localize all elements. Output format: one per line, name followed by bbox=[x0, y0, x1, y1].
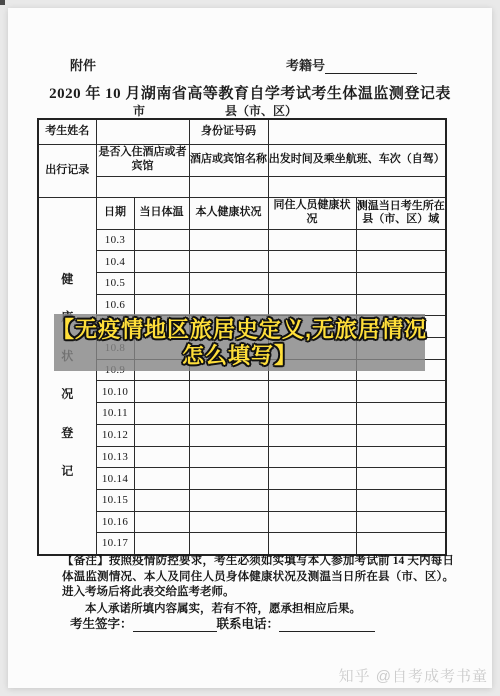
empty-cell bbox=[189, 489, 268, 511]
empty-cell bbox=[134, 229, 189, 251]
empty-cell bbox=[268, 424, 356, 446]
name-label-cell: 考生姓名 bbox=[38, 119, 96, 144]
empty-cell bbox=[189, 533, 268, 555]
id-value-cell bbox=[268, 119, 446, 144]
signature-label: 考生签字： bbox=[70, 614, 133, 632]
health-record-label-cell: 健 康 状 况 登 记 bbox=[38, 197, 96, 555]
exam-number-blank-line bbox=[325, 59, 417, 74]
county-suffix: 县（市、区） bbox=[224, 102, 298, 119]
table-row: 10.3 bbox=[38, 229, 446, 251]
scan-corner-artifact bbox=[0, 0, 5, 5]
date-cell: 10.4 bbox=[96, 251, 134, 273]
empty-cell bbox=[134, 251, 189, 273]
empty-cell bbox=[356, 446, 446, 468]
exam-number-field: 考籍号 bbox=[286, 55, 417, 74]
form-title: 2020 年 10 月湖南省高等教育自学考试考生体温监测登记表 bbox=[8, 82, 492, 103]
empty-cell bbox=[356, 403, 446, 425]
table-row: 出行记录 是否入住酒店或者宾馆 酒店或宾馆名称 出发时间及乘坐航班、车次（自驾） bbox=[38, 144, 446, 176]
departure-header-cell: 出发时间及乘坐航班、车次（自驾） bbox=[268, 144, 446, 176]
date-cell: 10.13 bbox=[96, 446, 134, 468]
date-cell: 10.3 bbox=[96, 229, 134, 251]
empty-cell bbox=[356, 424, 446, 446]
hotel-header-cell: 是否入住酒店或者宾馆 bbox=[96, 144, 189, 176]
empty-cell bbox=[189, 381, 268, 403]
date-header-cell: 日期 bbox=[96, 197, 134, 229]
table-row: 10.16 bbox=[38, 511, 446, 533]
vertical-char: 记 bbox=[61, 462, 73, 479]
empty-cell bbox=[268, 468, 356, 490]
table-row: 10.12 bbox=[38, 424, 446, 446]
empty-cell bbox=[356, 229, 446, 251]
date-cell: 10.11 bbox=[96, 403, 134, 425]
empty-cell bbox=[268, 294, 356, 316]
table-row: 10.6 bbox=[38, 294, 446, 316]
empty-cell bbox=[134, 294, 189, 316]
empty-cell bbox=[189, 273, 268, 295]
cohabitant-health-header-cell: 同住人员健康状况 bbox=[268, 197, 356, 229]
temp-header-cell: 当日体温 bbox=[134, 197, 189, 229]
city-suffix: 市 bbox=[132, 102, 146, 119]
empty-cell bbox=[268, 403, 356, 425]
empty-cell bbox=[134, 403, 189, 425]
table-row: 10.10 bbox=[38, 381, 446, 403]
attachment-label: 附件 bbox=[70, 55, 96, 74]
date-cell: 10.6 bbox=[96, 294, 134, 316]
empty-cell bbox=[356, 533, 446, 555]
county-blank-line bbox=[150, 105, 224, 119]
empty-cell bbox=[189, 511, 268, 533]
date-cell: 10.16 bbox=[96, 511, 134, 533]
table-row: 10.5 bbox=[38, 273, 446, 295]
phone-label: 联系电话： bbox=[217, 614, 280, 632]
table-row: 10.4 bbox=[38, 251, 446, 273]
city-blank-line bbox=[62, 105, 132, 119]
empty-cell bbox=[268, 489, 356, 511]
phone-blank-line bbox=[279, 618, 375, 632]
table-row: 10.11 bbox=[38, 403, 446, 425]
date-cell: 10.14 bbox=[96, 468, 134, 490]
table-row: 考生姓名 身份证号码 bbox=[38, 119, 446, 144]
caption-line-1: 【无疫情地区旅居史定义,无旅居情况 bbox=[52, 317, 427, 343]
id-label-cell: 身份证号码 bbox=[189, 119, 268, 144]
exam-number-label: 考籍号 bbox=[286, 55, 325, 74]
caption-overlay: 【无疫情地区旅居史定义,无旅居情况 怎么填写】 bbox=[54, 314, 425, 371]
empty-cell bbox=[189, 251, 268, 273]
vertical-char: 健 bbox=[61, 270, 73, 287]
date-cell: 10.12 bbox=[96, 424, 134, 446]
empty-cell bbox=[134, 424, 189, 446]
name-value-cell bbox=[96, 119, 189, 144]
empty-cell bbox=[134, 446, 189, 468]
date-cell: 10.15 bbox=[96, 489, 134, 511]
empty-cell bbox=[189, 424, 268, 446]
empty-cell bbox=[356, 489, 446, 511]
empty-cell bbox=[268, 229, 356, 251]
date-cell: 10.17 bbox=[96, 533, 134, 555]
empty-cell bbox=[356, 294, 446, 316]
table-row: 10.13 bbox=[38, 446, 446, 468]
zhihu-watermark: 知乎 @自考成考书童 bbox=[339, 665, 488, 686]
departure-value-cell bbox=[268, 176, 446, 197]
empty-cell bbox=[268, 251, 356, 273]
empty-cell bbox=[268, 273, 356, 295]
signature-line: 考生签字：联系电话： bbox=[70, 614, 375, 632]
empty-cell bbox=[134, 511, 189, 533]
empty-cell bbox=[134, 468, 189, 490]
date-cell: 10.5 bbox=[96, 273, 134, 295]
signature-blank-line bbox=[133, 618, 217, 632]
empty-cell bbox=[189, 229, 268, 251]
empty-cell bbox=[268, 446, 356, 468]
empty-cell bbox=[189, 294, 268, 316]
empty-cell bbox=[268, 533, 356, 555]
empty-cell bbox=[134, 381, 189, 403]
remark-block: 【备注】按照疫情防控要求，考生必须如实填写本人参加考试前 14 天内每日体温监测… bbox=[62, 554, 454, 617]
empty-cell bbox=[268, 381, 356, 403]
vertical-char: 登 bbox=[61, 424, 73, 441]
self-health-header-cell: 本人健康状况 bbox=[189, 197, 268, 229]
empty-cell bbox=[189, 446, 268, 468]
empty-cell bbox=[268, 511, 356, 533]
empty-cell bbox=[189, 468, 268, 490]
table-row: 健 康 状 况 登 记 日期 当日体温 本人健康状况 同住人员健康状况 测温当日… bbox=[38, 197, 446, 229]
city-county-line: 市县（市、区） bbox=[62, 102, 298, 119]
table-row: 10.14 bbox=[38, 468, 446, 490]
empty-cell bbox=[134, 273, 189, 295]
hotel-name-value-cell bbox=[189, 176, 268, 197]
empty-cell bbox=[134, 489, 189, 511]
date-cell: 10.10 bbox=[96, 381, 134, 403]
health-record-vertical-label: 健 康 状 况 登 记 bbox=[39, 198, 96, 554]
empty-cell bbox=[356, 511, 446, 533]
empty-cell bbox=[356, 381, 446, 403]
hotel-name-header-cell: 酒店或宾馆名称 bbox=[189, 144, 268, 176]
table-row bbox=[38, 176, 446, 197]
location-header-cell: 测温当日考生所在县（市、区）域 bbox=[356, 197, 446, 229]
vertical-char: 况 bbox=[61, 385, 73, 402]
empty-cell bbox=[356, 273, 446, 295]
travel-record-label-cell: 出行记录 bbox=[38, 144, 96, 197]
empty-cell bbox=[356, 251, 446, 273]
hotel-value-cell bbox=[96, 176, 189, 197]
empty-cell bbox=[134, 533, 189, 555]
empty-cell bbox=[356, 468, 446, 490]
remark-text: 【备注】按照疫情防控要求，考生必须如实填写本人参加考试前 14 天内每日体温监测… bbox=[62, 554, 454, 601]
table-row: 10.15 bbox=[38, 489, 446, 511]
table-row: 10.17 bbox=[38, 533, 446, 555]
empty-cell bbox=[189, 403, 268, 425]
caption-line-2: 怎么填写】 bbox=[182, 343, 297, 369]
